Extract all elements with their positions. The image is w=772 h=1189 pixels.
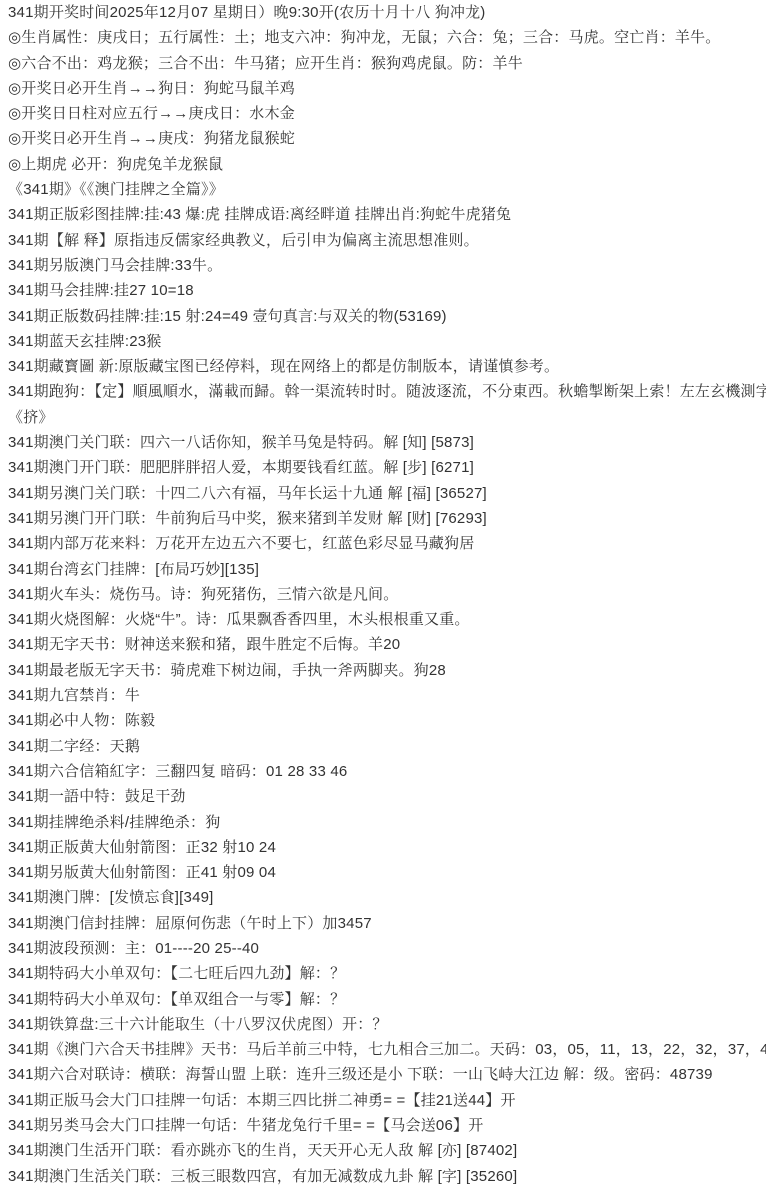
text-line: 341期马会挂牌:挂27 10=18 [8, 278, 766, 303]
text-line: 341期藏寳圖 新:原版藏宝图已经停料，现在网络上的都是仿制版本，请谨慎参考。 [8, 354, 766, 379]
text-line: 341期特码大小单双句：【单双组合一与零】解：？ [8, 987, 766, 1012]
text-line: 341期最老版无字天书：骑虎难下树边闹，手执一斧两脚夹。狗28 [8, 658, 766, 683]
text-line: 341期波段预测：主：01----20 25--40 [8, 936, 766, 961]
text-line: 341期开奖时间2025年12月07 星期日）晚9:30开(农历十月十八 狗冲龙… [8, 0, 766, 25]
text-line: 341期另澳门开门联：牛前狗后马中奖，猴来猪到羊发财 解 [财] [76293] [8, 506, 766, 531]
text-line: 341期正版马会大门口挂牌一句话：本期三四比拼二神勇= =【挂21送44】开 [8, 1088, 766, 1113]
text-line: 341期必中人物：陈毅 [8, 708, 766, 733]
text-line: ◎六合不出：鸡龙猴；三合不出：牛马猪；应开生肖：猴狗鸡虎鼠。防：羊牛 [8, 51, 766, 76]
text-line: ◎生肖属性：庚戌日；五行属性：土；地支六冲：狗冲龙，无鼠；六合：兔；三合：马虎。… [8, 25, 766, 50]
text-line: ◎上期虎 必开：狗虎兔羊龙猴鼠 [8, 152, 766, 177]
text-line: 341期正版彩图挂牌:挂:43 爆:虎 挂牌成语:离经畔道 挂牌出肖:狗蛇牛虎猪… [8, 202, 766, 227]
text-line: 341期台湾玄门挂牌：[布局巧妙][135] [8, 557, 766, 582]
text-line: ◎开奖日必开生肖→→狗日：狗蛇马鼠羊鸡 [8, 76, 766, 101]
text-line: 341期无字天书：财神送来猴和猪，跟牛胜定不后悔。羊20 [8, 632, 766, 657]
text-line: 341期铁算盘:三十六计能取生（十八罗汉伏虎图）开：？ [8, 1012, 766, 1037]
lottery-tips-page: 341期开奖时间2025年12月07 星期日）晚9:30开(农历十月十八 狗冲龙… [0, 0, 772, 1189]
text-line: ◎开奖日日柱对应五行→→庚戌日：水木金 [8, 101, 766, 126]
text-line: 341期澳门牌：[发愤忘食][349] [8, 885, 766, 910]
text-line: 341期一語中特：鼓足干劲 [8, 784, 766, 809]
text-line: ◎开奖日必开生肖→→庚戌：狗猪龙鼠猴蛇 [8, 126, 766, 151]
text-line: 341期火烧图解：火烧“牛”。诗：瓜果飘香香四里，木头根根重又重。 [8, 607, 766, 632]
text-line: 341期澳门生活开门联：看亦跳亦飞的生肖，天天开心无人敌 解 [亦] [8740… [8, 1138, 766, 1163]
text-line: 341期内部万花来料：万花开左边五六不要七，红蓝色彩尽显马藏狗居 [8, 531, 766, 556]
text-line: 341期澳门生活关门联：三板三眼数四宫，有加无减数成九卦 解 [字] [3526… [8, 1164, 766, 1189]
text-line: 341期澳门关门联：四六一八话你知，猴羊马兔是特码。解 [知] [5873] [8, 430, 766, 455]
text-line: 341期另类马会大门口挂牌一句话：牛猪龙兔行千里= =【马会送06】开 [8, 1113, 766, 1138]
text-line: 341期正版黄大仙射箭图：正32 射10 24 [8, 835, 766, 860]
text-line: 341期特码大小单双句：【二七旺后四九劲】解：？ [8, 961, 766, 986]
text-line: 341期正版数码挂牌:挂:15 射:24=49 壹句真言:与双关的物(53169… [8, 304, 766, 329]
text-line: 341期二字经：天鹅 [8, 734, 766, 759]
text-line: 341期九宫禁肖：牛 [8, 683, 766, 708]
text-line: 341期另版澳门马会挂牌:33牛。 [8, 253, 766, 278]
text-line: 341期澳门开门联：肥肥胖胖招人爱，本期要钱看红蓝。解 [步] [6271] [8, 455, 766, 480]
text-line: 341期【解 释】原指违反儒家经典教义，后引申为偏离主流思想准则。 [8, 228, 766, 253]
text-line: 341期六合对联诗：横联：海誓山盟 上联：连升三级还是小 下联：一山飞峙大江边 … [8, 1062, 766, 1087]
text-line: 341期挂牌绝杀料/挂牌绝杀：狗 [8, 810, 766, 835]
text-line: 341期蓝天玄挂牌:23猴 [8, 329, 766, 354]
text-line: 《341期》《《澳门挂牌之全篇》》 [8, 177, 766, 202]
text-line: 341期跑狗：【定】順風順水，滿載而歸。斡一渠流转时时。随波逐流，不分東西。秋蟾… [8, 379, 766, 404]
text-line: 《挤》 [8, 405, 766, 430]
text-line: 341期《澳门六合天书挂牌》天书：马后羊前三中特，七九相合三加二。天码：03，0… [8, 1037, 766, 1062]
text-line: 341期火车头：烧伤马。诗：狗死猪伤，三情六欲是凡间。 [8, 582, 766, 607]
text-line: 341期六合信箱紅字：三翻四复 暗码：01 28 33 46 [8, 759, 766, 784]
text-line: 341期另版黄大仙射箭图：正41 射09 04 [8, 860, 766, 885]
lottery-text-list: 341期开奖时间2025年12月07 星期日）晚9:30开(农历十月十八 狗冲龙… [8, 0, 766, 1189]
text-line: 341期另澳门关门联：十四二八六有福，马年长运十九通 解 [福] [36527] [8, 481, 766, 506]
text-line: 341期澳门信封挂牌：屈原何伤悲（午时上下）加3457 [8, 911, 766, 936]
